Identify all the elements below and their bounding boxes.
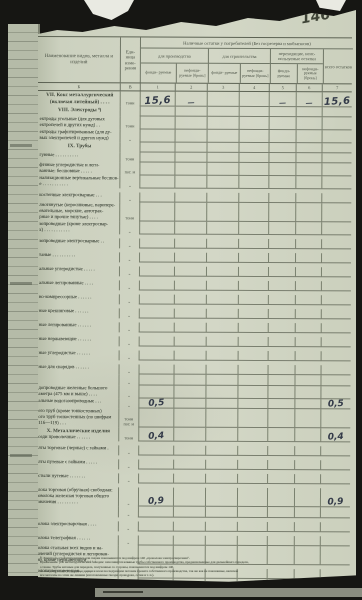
value-cell-2	[174, 143, 206, 153]
value-cell-7	[322, 130, 352, 143]
row-label-line: е . . . . . . . . . . .	[39, 182, 119, 188]
value-cell-6	[294, 409, 320, 428]
ink-smudge	[10, 454, 32, 457]
value-cell-2	[174, 222, 206, 235]
value-cell-4	[238, 267, 268, 277]
value-cell-4	[239, 92, 269, 107]
value-cell-4	[238, 351, 268, 361]
value-cell-1	[140, 116, 175, 129]
value-cell-4	[238, 337, 268, 347]
unit-cell: „	[119, 308, 139, 318]
value-cell-2	[174, 323, 206, 333]
value-cell-2	[173, 428, 205, 442]
value-cell-5	[267, 522, 294, 532]
value-cell-6	[294, 460, 320, 470]
unit-value: „	[128, 477, 130, 482]
row-label: лнотянутые (керосиновые, паропере-евател…	[37, 202, 119, 221]
unit-value: тонн	[126, 123, 135, 128]
value-cell-2	[173, 522, 205, 532]
value-cell-6	[295, 253, 321, 263]
unit-value: „	[128, 392, 130, 397]
value-cell-3	[205, 399, 237, 409]
unit-cell: „	[118, 398, 138, 408]
value-cell-2	[173, 536, 205, 546]
unit-value: „	[128, 298, 130, 303]
value-cell-4	[237, 428, 267, 442]
value-cell-3	[206, 239, 238, 249]
section-row: X. Металлические изделияозди проволочные…	[36, 427, 350, 442]
unit-cell: „	[118, 487, 138, 506]
value-cell-6	[294, 488, 320, 507]
value-cell-4	[238, 203, 268, 222]
value-cell-7	[320, 409, 350, 428]
unit-cell: „	[118, 445, 138, 455]
value-cell-2	[174, 309, 206, 319]
value-cell-1	[138, 473, 173, 483]
table-row: зопроводные электросварные . .„	[37, 238, 351, 249]
value-cell-1	[139, 280, 174, 290]
value-cell-4	[237, 488, 267, 507]
value-cell-5	[267, 474, 294, 484]
value-cell-2	[173, 507, 205, 518]
unit-cell: тоннпог. м	[118, 408, 138, 427]
unit-cell: „	[119, 175, 139, 188]
value-cell-7	[321, 176, 351, 189]
table-row: лнотянутые (керосиновые, паропере-евател…	[37, 202, 351, 222]
column-index-3: 3	[207, 84, 239, 91]
row-label: олока телеграфная . . . . . .	[36, 535, 118, 545]
unit-value: „	[128, 270, 130, 275]
row-label: ектроды угольные (для дуговыхектропечей …	[38, 116, 120, 129]
value-cell-3	[207, 130, 239, 143]
row-label: альные водогазопроводные . . .	[36, 398, 118, 408]
value-cell-5: —	[269, 92, 296, 107]
value-cell-5	[268, 239, 295, 249]
value-cell-5	[267, 428, 294, 442]
value-cell-2	[174, 163, 206, 176]
value-cell-7	[321, 337, 351, 347]
unit-cell: „	[119, 280, 139, 290]
unit-value: пог. м	[124, 421, 135, 426]
value-cell-1	[139, 294, 174, 304]
unit-cell: „	[118, 385, 138, 398]
row-label-line: ные для снарядов . . . . . .	[39, 365, 119, 371]
unit-value: „	[129, 228, 131, 233]
value-cell-4	[237, 507, 267, 518]
value-cell-6	[295, 267, 321, 277]
unit-value: „	[128, 284, 130, 289]
unit-cell: „	[119, 350, 139, 360]
value-cell-5	[267, 536, 294, 546]
row-label: стыли путевые . . . . . . .	[36, 473, 118, 483]
value-cell-6	[294, 474, 320, 484]
unit-value: „	[128, 379, 130, 384]
value-cell-4	[237, 399, 267, 409]
row-label-line: костенные электросварные . . .	[39, 193, 119, 199]
row-label-line: альные легированные . . . .	[39, 281, 119, 287]
value-cell-2	[174, 239, 206, 249]
value-cell-4	[237, 409, 267, 428]
unit-value: „	[129, 242, 131, 247]
value-cell-7: 0,5	[320, 399, 350, 409]
unit-cell: пог. м	[119, 162, 139, 175]
value-cell-6	[294, 386, 320, 399]
value-cell-5	[268, 203, 295, 222]
value-cell-2: —	[175, 92, 207, 107]
row-label-line: гунные . . . . . . . . . .	[39, 153, 119, 159]
value-cell-7	[321, 295, 351, 305]
value-cell-1: 0,9	[138, 487, 173, 506]
column-index-6: 6	[296, 84, 322, 91]
unit-value: „	[129, 256, 131, 261]
unit-value: „	[128, 449, 130, 454]
table-row: фтяные углеродистые и леги-ванные: бесшо…	[37, 162, 351, 176]
value-cell-7	[320, 386, 350, 399]
subcol-funded-3: фонди- руемые	[270, 64, 297, 83]
unit-value: „	[128, 402, 130, 407]
value-cell-7	[321, 351, 351, 361]
row-label-line: озди проволочные . . . . . .	[38, 435, 118, 441]
value-cell-5	[268, 163, 295, 176]
unit-cell	[119, 142, 139, 152]
value-cell-2	[173, 460, 205, 470]
value-cell-3	[206, 267, 238, 277]
value-cell-6	[295, 203, 321, 222]
row-label: ные для снарядов . . . . . .	[37, 364, 119, 374]
value-cell-1	[139, 192, 174, 202]
torn-paper-scrap	[84, 0, 134, 20]
unit-value: „	[128, 354, 130, 359]
value-cell-6	[295, 365, 321, 375]
value-cell-3	[205, 507, 237, 518]
value-cell-3	[205, 446, 237, 456]
value-cell-4	[237, 375, 267, 386]
value-cell-5	[268, 222, 295, 235]
unit-cell: „	[118, 374, 138, 385]
column-index-2: 2	[175, 84, 207, 91]
row-label: ектроды графитированные (для ду-вых элек…	[38, 129, 120, 142]
unit-value: „	[127, 500, 129, 505]
value-cell-6	[294, 446, 320, 456]
unit-cell: „	[119, 192, 139, 202]
row-label-line: но-компрессорные . . . . . .	[39, 295, 119, 301]
row-label-line: олока электросварочная . . . .	[38, 522, 118, 528]
value-cell-6	[295, 309, 321, 319]
row-label-line: ные легированные . . . . . .	[39, 323, 119, 329]
ink-smudge	[103, 591, 143, 593]
value-cell-6	[295, 176, 321, 189]
row-label-line: ные нержавеющие . . . . . .	[39, 337, 119, 343]
value-cell-1	[139, 221, 174, 234]
table-row: ные крекинговые . . . . . .„	[37, 308, 351, 319]
column-index-В: В	[120, 83, 140, 90]
value-cell-4	[238, 153, 268, 163]
table-body: VII. Кокс металлургический(включая литей…	[36, 91, 352, 590]
row-label: VII. Кокс металлургический(включая литей…	[38, 91, 120, 106]
table-row: альные легированные . . . .„	[37, 280, 351, 291]
value-cell-4	[239, 117, 269, 130]
value-cell-3	[206, 153, 238, 163]
value-cell-6	[295, 193, 321, 203]
value-cell-4	[238, 323, 268, 333]
table-row: ектроды графитированные (для ду-вых элек…	[38, 129, 352, 143]
row-label: допроводные железные большогоаметра (475…	[36, 385, 118, 398]
value-cell-4	[238, 295, 268, 305]
table-row: ные нержавеющие . . . . . .„	[37, 336, 351, 347]
value-cell-1	[139, 162, 174, 175]
value-cell-3	[205, 460, 237, 470]
subcol-unfunded-3: нефонди- руемые [бронь]	[297, 64, 323, 83]
table-header: Наименование видов, металла и изделий Ед…	[38, 36, 352, 84]
value-cell-7	[321, 253, 351, 263]
row-label: лты путевые с гайками . . . . .	[36, 459, 118, 469]
value-cell-1	[139, 202, 174, 221]
value-cell-6	[295, 222, 321, 235]
value-cell-2	[174, 267, 206, 277]
table-row: таные . . . . . . . . . .„	[37, 252, 351, 263]
value-cell-6: —	[296, 92, 322, 107]
value-cell-5	[269, 117, 296, 130]
row-label-line: ные крекинговые . . . . . .	[39, 309, 119, 315]
value-cell-3	[205, 536, 237, 546]
unit-value: тонн	[124, 435, 133, 440]
value-cell-1	[138, 445, 173, 455]
value-cell-1	[138, 408, 173, 427]
value-cell-4	[237, 536, 267, 546]
value-cell-1	[138, 459, 173, 469]
value-cell-7	[320, 522, 350, 532]
value-cell-3	[205, 386, 237, 399]
value-cell-5	[268, 176, 295, 189]
unit-cell: тонн	[118, 427, 138, 441]
handwritten-value: 0,4	[321, 432, 350, 443]
row-label: ные углеродистые . . . . . .	[37, 350, 119, 360]
value-cell-2	[174, 203, 206, 222]
value-cell-6	[294, 522, 320, 532]
subcol-funded-2: фонди- руемые	[208, 64, 240, 83]
subcol-unfunded-1: нефонди- руемые [бронь]	[176, 64, 208, 83]
value-cell-7	[320, 507, 350, 518]
value-cell-5	[268, 143, 295, 153]
value-cell-2	[173, 399, 205, 409]
row-label	[36, 506, 118, 517]
ink-smudge	[10, 282, 32, 285]
group-total: всего остатков	[323, 49, 353, 83]
value-cell-2	[175, 107, 207, 117]
value-cell-3	[206, 337, 238, 347]
column-index-4: 4	[239, 84, 269, 91]
value-cell-1	[139, 266, 174, 276]
row-label-line: таные . . . . . . . . . .	[39, 253, 119, 259]
unit-value: „	[129, 136, 131, 141]
row-label: IX. Трубы	[37, 142, 119, 152]
row-label: олока электросварочная . . . .	[36, 521, 118, 531]
group-construction: для строительства	[208, 49, 270, 64]
value-cell-4	[238, 239, 268, 249]
row-label: ные легированные . . . . . .	[37, 322, 119, 332]
value-cell-1	[139, 252, 174, 262]
value-cell-4	[238, 309, 268, 319]
table-row: ектроды угольные (для дуговыхектропечей …	[38, 116, 352, 130]
value-cell-2	[173, 446, 205, 456]
value-cell-2	[173, 474, 205, 484]
column-index-7: 7	[322, 84, 352, 91]
header-right-block: Наличные остатки у потребителей (Без гос…	[140, 37, 352, 83]
value-cell-2	[174, 153, 206, 163]
value-cell-6	[295, 323, 321, 333]
value-cell-3	[206, 143, 238, 153]
value-cell-2	[174, 253, 206, 263]
value-cell-7	[320, 446, 350, 456]
value-cell-1	[139, 175, 174, 188]
value-cell-3	[205, 375, 237, 386]
row-label: ные нержавеющие . . . . . .	[37, 336, 119, 346]
value-cell-6	[295, 163, 321, 176]
table-row: олока электросварочная . . . .„	[36, 521, 350, 532]
value-cell-5	[268, 253, 295, 263]
table-row: лты путевые с гайками . . . . .„	[36, 459, 350, 470]
value-cell-6	[295, 281, 321, 291]
row-label: но-компрессорные . . . . . .	[37, 294, 119, 304]
value-cell-5	[267, 399, 294, 409]
value-cell-4	[238, 365, 268, 375]
value-cell-1: 15,6	[140, 91, 175, 106]
unit-cell: „	[120, 129, 140, 142]
table-row: альные углеродистые . . . . .„	[37, 266, 351, 277]
value-cell-6	[295, 153, 321, 163]
row-label-line: альные углеродистые . . . . .	[39, 267, 119, 273]
value-cell-6	[294, 428, 320, 442]
unit-cell: „	[119, 266, 139, 276]
row-label-line: олока телеграфная . . . . . .	[38, 536, 118, 542]
value-cell-2	[175, 117, 207, 130]
row-label: таные . . . . . . . . . .	[37, 252, 119, 262]
value-cell-5	[268, 323, 295, 333]
value-cell-6	[295, 143, 321, 153]
unit-cell: „	[118, 473, 138, 483]
value-cell-7	[321, 203, 351, 222]
unit-cell: „	[119, 238, 139, 248]
table-row: ные углеродистые . . . . . .„	[37, 350, 351, 361]
row-label-line: х) . . . . . . . . . . .	[39, 228, 119, 234]
value-cell-1	[139, 152, 174, 162]
value-cell-7	[322, 117, 352, 130]
value-cell-4	[239, 107, 269, 117]
row-label: фтяные углеродистые и леги-ванные: бесшо…	[37, 162, 119, 175]
value-cell-7	[321, 143, 351, 153]
value-cell-5	[267, 460, 294, 470]
bottom-page-edge	[95, 588, 362, 597]
group-production: для производства	[141, 48, 208, 63]
footnotes: ⁹) Электроды графитированные для сварки …	[40, 556, 352, 577]
section-heading: IX. Трубы	[40, 143, 120, 150]
unit-cell: „	[118, 459, 138, 469]
column-index-1: 1	[140, 83, 175, 90]
value-cell-7	[321, 267, 351, 277]
unit-cell: „	[119, 322, 139, 332]
unit-cell: „	[119, 294, 139, 304]
value-cell-3	[207, 107, 239, 117]
unit-cell: „	[119, 221, 139, 234]
value-cell-3	[207, 92, 239, 107]
value-cell-3	[206, 309, 238, 319]
inventory-table: Наименование видов, металла и изделий Ед…	[36, 36, 352, 590]
unit-value: „	[128, 368, 130, 373]
value-cell-4	[238, 163, 268, 176]
row-label-line: лты путевые с гайками . . . . .	[38, 460, 118, 466]
table-row: лока торговая (обручная) свободная:оволо…	[36, 487, 350, 507]
value-cell-5	[268, 295, 295, 305]
unit-value: тонн	[126, 156, 135, 161]
form-page: 146 Наименование видов, металла и издели…	[38, 4, 356, 590]
value-cell-1	[138, 535, 173, 545]
value-cell-2	[173, 386, 205, 399]
value-cell-2	[173, 375, 205, 386]
column-index-5: 5	[269, 84, 296, 91]
value-cell-5	[267, 446, 294, 456]
unit-cell: тонн	[120, 116, 140, 129]
value-cell-4	[238, 143, 268, 153]
section-row: VII. Кокс металлургический(включая литей…	[38, 91, 352, 107]
row-label: зопроводные (кроме электросвар-х) . . . …	[37, 221, 119, 234]
row-label: альные углеродистые . . . . .	[37, 266, 119, 276]
value-cell-6	[295, 351, 321, 361]
value-cell-2	[173, 488, 205, 507]
value-cell-1: 0,5	[138, 398, 173, 408]
unit-value: „	[129, 182, 131, 187]
value-cell-7	[321, 365, 351, 375]
value-cell-5	[268, 337, 295, 347]
value-cell-7	[321, 281, 351, 291]
ink-smudge	[10, 144, 32, 147]
unit-cell: „	[118, 506, 138, 517]
value-cell-7	[321, 163, 351, 176]
value-cell-4	[237, 446, 267, 456]
value-cell-1	[140, 106, 175, 116]
row-label: X. Металлические изделияозди проволочные…	[36, 427, 118, 441]
value-cell-2	[174, 193, 206, 203]
value-cell-7	[321, 309, 351, 319]
row-label: нализационные вертикальные бесшов-е . . …	[37, 175, 119, 188]
value-cell-5	[268, 309, 295, 319]
row-label: лты торговые (черные) с гайками .	[36, 445, 118, 455]
value-cell-3	[205, 488, 237, 507]
handwritten-value: 0,4	[139, 431, 173, 443]
value-cell-3	[206, 203, 238, 222]
value-cell-7	[320, 536, 350, 546]
table-row: стыли путевые . . . . . . .„	[36, 473, 350, 484]
unit-cell: тонн	[120, 91, 140, 106]
value-cell-7: 15,6	[322, 92, 352, 107]
column-index-Б: Б	[38, 83, 120, 90]
value-cell-6	[294, 375, 320, 386]
value-cell-1	[138, 374, 173, 385]
value-cell-3	[206, 176, 238, 189]
unit-value: „	[127, 525, 129, 530]
value-cell-4	[238, 222, 268, 235]
value-cell-6	[294, 536, 320, 546]
value-cell-1	[139, 322, 174, 332]
value-cell-5	[267, 386, 294, 399]
value-cell-3	[206, 281, 238, 291]
value-cell-3	[205, 428, 237, 442]
value-cell-2	[174, 281, 206, 291]
unit-cell: „	[119, 252, 139, 262]
row-label: его труб (кроме тонкостенных)ого труб то…	[36, 408, 118, 427]
value-cell-1	[138, 521, 173, 531]
value-cell-5	[267, 375, 294, 386]
value-cell-7	[320, 375, 350, 386]
